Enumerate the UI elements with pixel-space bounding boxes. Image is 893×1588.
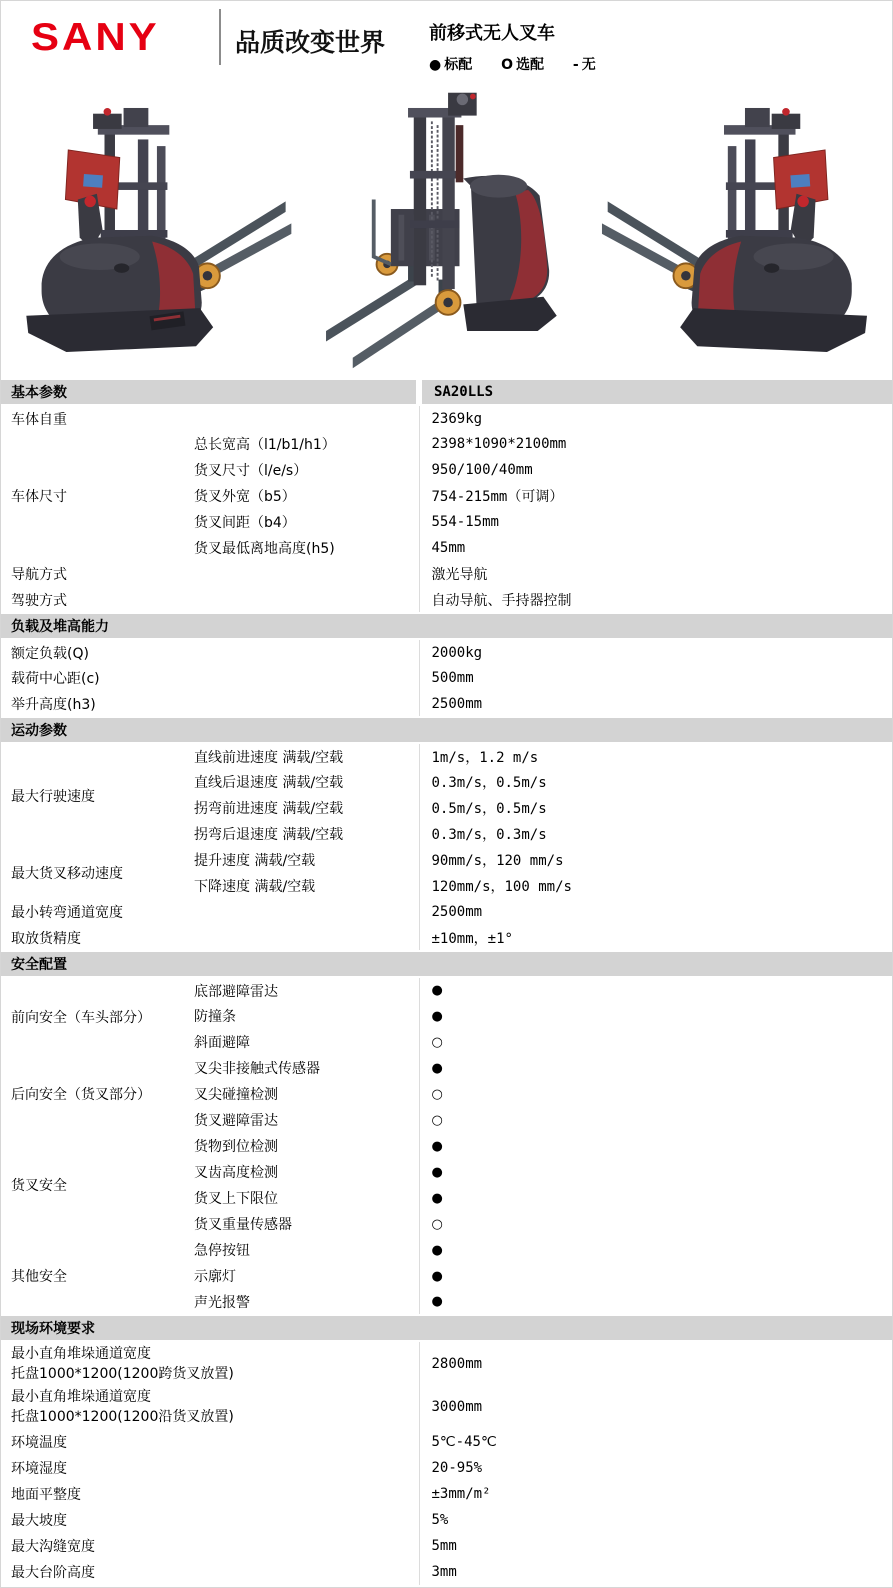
- standard-dot: ●: [419, 1133, 892, 1159]
- config-legend: ●标配 O选配 -无: [429, 54, 620, 74]
- spec-row: 驾驶方式自动导航、手持器控制: [1, 587, 892, 613]
- sub-label-cell: 总长宽高（l1/b1/h1）: [191, 431, 419, 457]
- value-cell: 5℃-45℃: [419, 1429, 892, 1455]
- filled-dot-icon: ●: [429, 57, 441, 73]
- standard-dot: ●: [419, 1055, 892, 1081]
- section-header-row: 安全配置: [1, 951, 892, 977]
- sany-logo: SANY: [31, 15, 160, 59]
- spec-row: 最大坡度5%: [1, 1507, 892, 1533]
- sub-label-cell: 货叉最低离地高度(h5): [191, 535, 419, 561]
- spec-table: 基本参数SA20LLS车体自重2369kg车体尺寸总长宽高（l1/b1/h1）2…: [1, 378, 892, 1585]
- model-name: SA20LLS: [419, 379, 892, 405]
- brand-slogan: 品质改变世界: [235, 23, 385, 59]
- group-label-cell: 车体自重: [1, 405, 419, 431]
- value-cell: 3000mm: [419, 1385, 892, 1429]
- section-title: 安全配置: [1, 951, 892, 977]
- group-label-cell: 驾驶方式: [1, 587, 419, 613]
- section-title: 负载及堆高能力: [1, 613, 892, 639]
- group-label-cell: 最小转弯通道宽度: [1, 899, 419, 925]
- group-label-cell: 最大台阶高度: [1, 1559, 419, 1585]
- standard-dot: ●: [419, 977, 892, 1003]
- value-cell: 554-15mm: [419, 509, 892, 535]
- spec-row: 车体自重2369kg: [1, 405, 892, 431]
- group-label-cell: 其他安全: [1, 1237, 191, 1315]
- forklift-illustration-left: [5, 87, 299, 373]
- group-label-cell: 最大坡度: [1, 1507, 419, 1533]
- spec-row: 车体尺寸总长宽高（l1/b1/h1）2398*1090*2100mm: [1, 431, 892, 457]
- sub-label-cell: 叉尖碰撞检测: [191, 1081, 419, 1107]
- spec-row: 其他安全急停按钮●: [1, 1237, 892, 1263]
- sub-label-cell: 货叉间距（b4）: [191, 509, 419, 535]
- group-label-cell: 最大行驶速度: [1, 743, 191, 847]
- value-cell: 90mm/s，120 mm/s: [419, 847, 892, 873]
- spec-row: 后向安全（货叉部分）叉尖非接触式传感器●: [1, 1055, 892, 1081]
- sub-label-cell: 货叉避障雷达: [191, 1107, 419, 1133]
- standard-dot: ●: [419, 1159, 892, 1185]
- spec-row: 地面平整度±3mm/m²: [1, 1481, 892, 1507]
- value-cell: 0.3m/s，0.5m/s: [419, 769, 892, 795]
- section-header-row: 运动参数: [1, 717, 892, 743]
- group-label-cell: 导航方式: [1, 561, 419, 587]
- section-header-row: 现场环境要求: [1, 1315, 892, 1341]
- group-label-cell: 举升高度(h3): [1, 691, 419, 717]
- value-cell: 2800mm: [419, 1341, 892, 1385]
- sub-label-cell: 货叉尺寸（l/e/s）: [191, 457, 419, 483]
- spec-row: 最大行驶速度直线前进速度 满载/空载1m/s，1.2 m/s: [1, 743, 892, 769]
- group-label-cell: 最小直角堆垛通道宽度托盘1000*1200(1200沿货叉放置): [1, 1385, 419, 1429]
- sub-label-cell: 直线后退速度 满载/空载: [191, 769, 419, 795]
- value-cell: 2500mm: [419, 899, 892, 925]
- section-title: 运动参数: [1, 717, 892, 743]
- sub-label-cell: 斜面避障: [191, 1029, 419, 1055]
- spec-sheet-page: SANY 品质改变世界 前移式无人叉车 ●标配 O选配 -无: [0, 0, 893, 1588]
- section-title: 现场环境要求: [1, 1315, 892, 1341]
- value-cell: 5%: [419, 1507, 892, 1533]
- header-divider: [219, 9, 221, 65]
- spec-row: 最小转弯通道宽度2500mm: [1, 899, 892, 925]
- sub-label-cell: 叉尖非接触式传感器: [191, 1055, 419, 1081]
- optional-dot: ○: [419, 1029, 892, 1055]
- group-label-cell: 最大货叉移动速度: [1, 847, 191, 899]
- group-label-cell: 环境温度: [1, 1429, 419, 1455]
- value-cell: 2500mm: [419, 691, 892, 717]
- group-label-cell: 货叉安全: [1, 1133, 191, 1237]
- group-label-cell: 车体尺寸: [1, 431, 191, 561]
- value-cell: 2000kg: [419, 639, 892, 665]
- value-cell: 120mm/s，100 mm/s: [419, 873, 892, 899]
- group-label-cell: 地面平整度: [1, 1481, 419, 1507]
- section-title: 基本参数: [1, 379, 419, 405]
- sub-label-cell: 货叉上下限位: [191, 1185, 419, 1211]
- sub-label-cell: 货叉重量传感器: [191, 1211, 419, 1237]
- sub-label-cell: 下降速度 满载/空载: [191, 873, 419, 899]
- sub-label-cell: 拐弯前进速度 满载/空载: [191, 795, 419, 821]
- product-header: 前移式无人叉车 ●标配 O选配 -无: [429, 19, 620, 74]
- spec-row: 环境湿度20-95%: [1, 1455, 892, 1481]
- value-cell: 950/100/40mm: [419, 457, 892, 483]
- group-label-cell: 载荷中心距(c): [1, 665, 419, 691]
- page-header: SANY 品质改变世界 前移式无人叉车 ●标配 O选配 -无: [1, 1, 892, 87]
- spec-row: 最大货叉移动速度提升速度 满载/空载90mm/s，120 mm/s: [1, 847, 892, 873]
- spec-row: 取放货精度±10mm，±1°: [1, 925, 892, 951]
- value-cell: 自动导航、手持器控制: [419, 587, 892, 613]
- value-cell: 45mm: [419, 535, 892, 561]
- section-header-row: 基本参数SA20LLS: [1, 379, 892, 405]
- hollow-dot-icon: O: [501, 57, 513, 73]
- standard-dot: ●: [419, 1185, 892, 1211]
- group-label-cell: 额定负载(Q): [1, 639, 419, 665]
- value-cell: ±10mm，±1°: [419, 925, 892, 951]
- spec-row: 额定负载(Q)2000kg: [1, 639, 892, 665]
- sub-label-cell: 直线前进速度 满载/空载: [191, 743, 419, 769]
- legend-optional: O选配: [501, 57, 544, 73]
- sub-label-cell: 提升速度 满载/空载: [191, 847, 419, 873]
- group-label-cell: 后向安全（货叉部分）: [1, 1055, 191, 1133]
- sub-label-cell: 声光报警: [191, 1289, 419, 1315]
- group-label-cell: 环境湿度: [1, 1455, 419, 1481]
- sub-label-cell: 拐弯后退速度 满载/空载: [191, 821, 419, 847]
- spec-row: 前向安全（车头部分）底部避障雷达●: [1, 977, 892, 1003]
- sub-label-cell: 叉齿高度检测: [191, 1159, 419, 1185]
- forklift-illustration-front: [299, 87, 593, 373]
- sub-label-cell: 货物到位检测: [191, 1133, 419, 1159]
- value-cell: 754-215mm（可调）: [419, 483, 892, 509]
- value-cell: 20-95%: [419, 1455, 892, 1481]
- spec-row: 最小直角堆垛通道宽度托盘1000*1200(1200沿货叉放置)3000mm: [1, 1385, 892, 1429]
- product-image-left-view: [5, 87, 299, 373]
- dash-icon: -: [573, 57, 579, 73]
- spec-row: 货叉安全货物到位检测●: [1, 1133, 892, 1159]
- value-cell: 0.5m/s，0.5m/s: [419, 795, 892, 821]
- sub-label-cell: 货叉外宽（b5）: [191, 483, 419, 509]
- value-cell: 激光导航: [419, 561, 892, 587]
- group-label-cell: 最大沟缝宽度: [1, 1533, 419, 1559]
- sub-label-cell: 防撞条: [191, 1003, 419, 1029]
- value-cell: 3mm: [419, 1559, 892, 1585]
- value-cell: 5mm: [419, 1533, 892, 1559]
- value-cell: 0.3m/s，0.3m/s: [419, 821, 892, 847]
- group-label-cell: 最小直角堆垛通道宽度托盘1000*1200(1200跨货叉放置): [1, 1341, 419, 1385]
- value-cell: 2398*1090*2100mm: [419, 431, 892, 457]
- optional-dot: ○: [419, 1211, 892, 1237]
- forklift-illustration-right: [594, 87, 888, 373]
- spec-row: 最大台阶高度3mm: [1, 1559, 892, 1585]
- sub-label-cell: 底部避障雷达: [191, 977, 419, 1003]
- section-header-row: 负载及堆高能力: [1, 613, 892, 639]
- product-images: [1, 87, 892, 378]
- spec-row: 环境温度5℃-45℃: [1, 1429, 892, 1455]
- spec-row: 举升高度(h3)2500mm: [1, 691, 892, 717]
- group-label-cell: 取放货精度: [1, 925, 419, 951]
- spec-row: 载荷中心距(c)500mm: [1, 665, 892, 691]
- optional-dot: ○: [419, 1081, 892, 1107]
- value-cell: 2369kg: [419, 405, 892, 431]
- product-title: 前移式无人叉车: [429, 19, 620, 45]
- standard-dot: ●: [419, 1237, 892, 1263]
- spec-row: 最小直角堆垛通道宽度托盘1000*1200(1200跨货叉放置)2800mm: [1, 1341, 892, 1385]
- value-cell: ±3mm/m²: [419, 1481, 892, 1507]
- group-label-cell: 前向安全（车头部分）: [1, 977, 191, 1055]
- spec-row: 最大沟缝宽度5mm: [1, 1533, 892, 1559]
- standard-dot: ●: [419, 1263, 892, 1289]
- value-cell: 1m/s，1.2 m/s: [419, 743, 892, 769]
- standard-dot: ●: [419, 1003, 892, 1029]
- sub-label-cell: 示廓灯: [191, 1263, 419, 1289]
- value-cell: 500mm: [419, 665, 892, 691]
- standard-dot: ●: [419, 1289, 892, 1315]
- legend-standard: ●标配: [429, 57, 472, 73]
- spec-row: 导航方式激光导航: [1, 561, 892, 587]
- optional-dot: ○: [419, 1107, 892, 1133]
- product-image-front-view: [299, 87, 593, 373]
- product-image-right-view: [594, 87, 888, 373]
- legend-none: -无: [573, 57, 596, 73]
- sub-label-cell: 急停按钮: [191, 1237, 419, 1263]
